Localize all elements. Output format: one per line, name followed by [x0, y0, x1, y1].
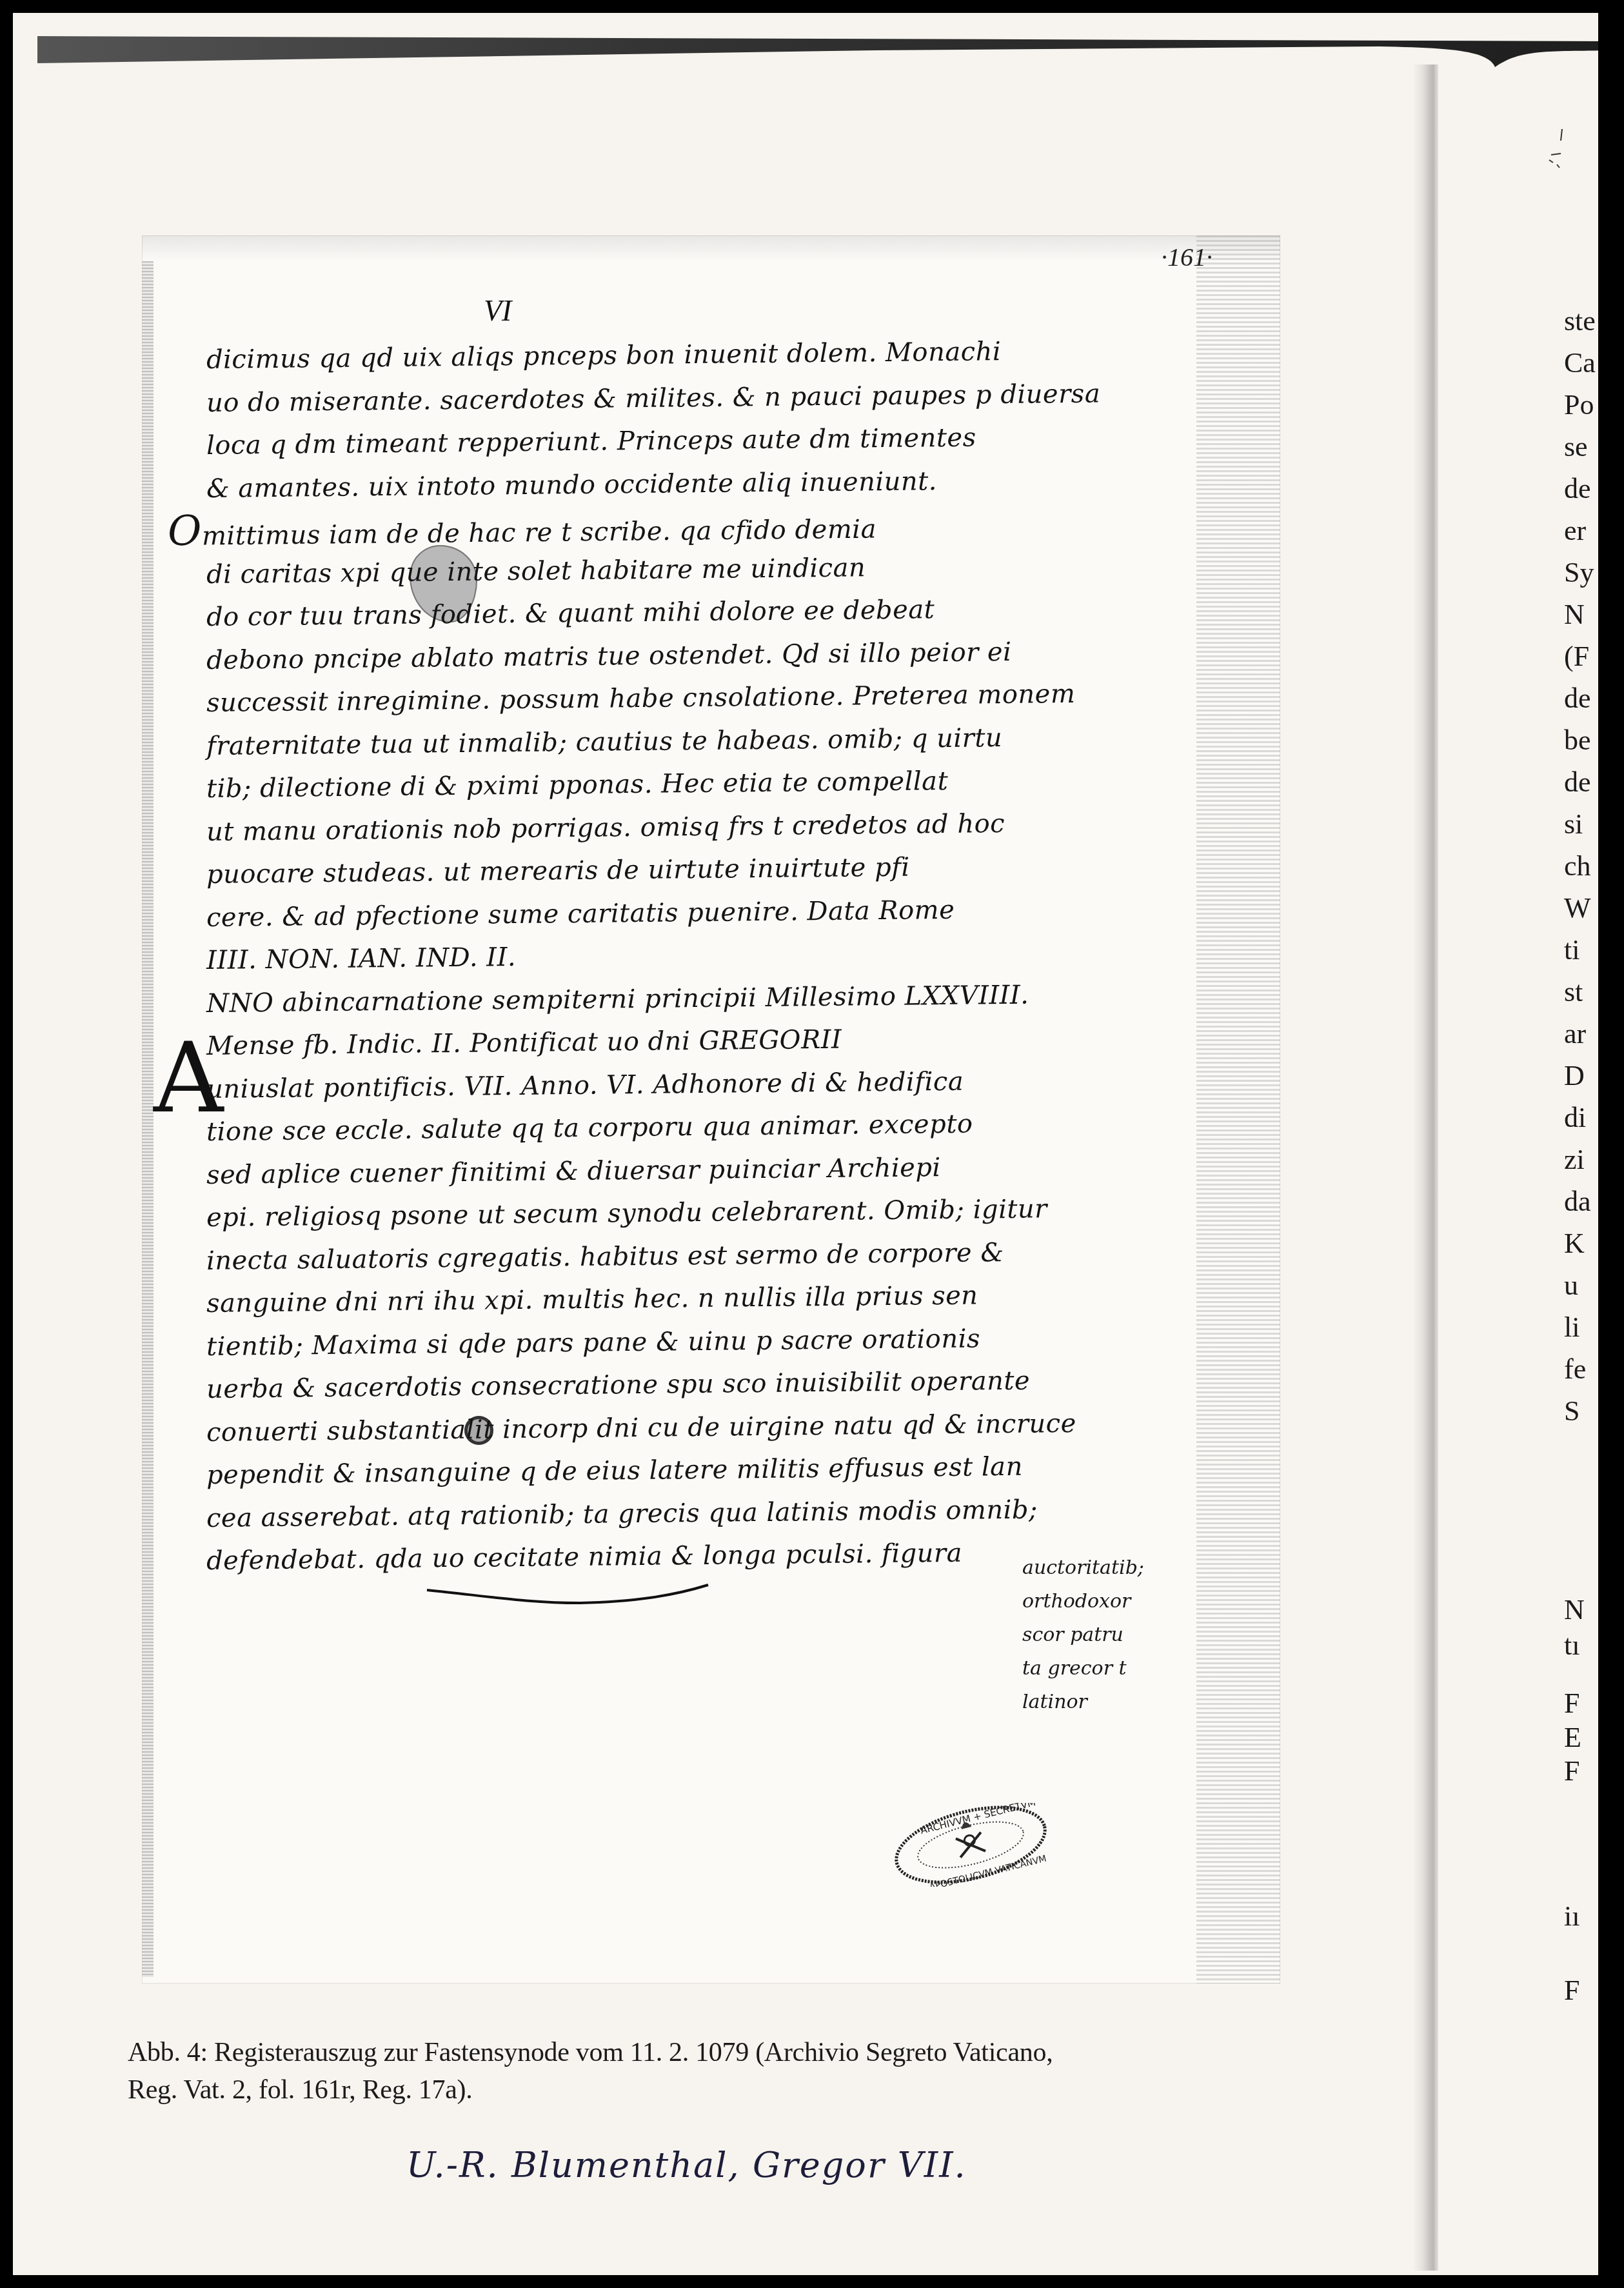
facing-page-fragment: da [1564, 1185, 1603, 1218]
facing-page-fragment: er [1564, 514, 1603, 547]
margin-note-line: auctoritatib; [1022, 1551, 1164, 1585]
plate-top-edge [142, 235, 1280, 261]
margin-note-line: scor patru [1022, 1618, 1164, 1652]
facing-page-fragment: de [1564, 472, 1603, 505]
margin-note-line: orthodoxor [1022, 1585, 1164, 1618]
manuscript-text: dicimus qa qd uix aliqs pnceps bon inuen… [206, 339, 1154, 1583]
facing-page-fragment: Po [1564, 388, 1603, 421]
facing-page-fragment: N [1564, 598, 1603, 631]
underline-stroke [426, 1584, 709, 1609]
svg-text:APOSTOLICVM VATICANVM: APOSTOLICVM VATICANVM [928, 1853, 1047, 1887]
gutter-shadow [1412, 65, 1438, 2271]
scan-border [1598, 0, 1624, 2288]
margin-note-line: latinor [1022, 1686, 1164, 1719]
facing-page-fragment: fe [1564, 1353, 1603, 1386]
facing-page-fragment: Sy [1564, 556, 1603, 589]
facing-page-fragment: Ca [1564, 346, 1603, 379]
margin-note-line: ta grecor t [1022, 1652, 1164, 1686]
scanned-book-page: ·161· VI A dicimus qa qd uix aliqs pncep… [13, 13, 1611, 2275]
facing-page-fragment: se [1564, 430, 1603, 463]
caption-line-2: Reg. Vat. 2, fol. 161r, Reg. 17a). [128, 2071, 1327, 2109]
facing-page-fragment: ch [1564, 850, 1603, 882]
facing-page-fragment: S [1564, 1395, 1603, 1428]
pencil-mark [1548, 129, 1567, 174]
facing-page-fragment: st [1564, 975, 1603, 1008]
handwritten-note: U.-R. Blumenthal, Gregor VII. [406, 2145, 967, 2185]
facing-page-fragment: E [1564, 1721, 1603, 1754]
folio-number: ·161· [1161, 242, 1213, 272]
facing-page-fragment: di [1564, 1101, 1603, 1134]
facing-page-fragment: (F [1564, 640, 1603, 673]
archive-stamp-icon: ARCHIVVM + SECRETVM APOSTOLICVM VATICANV… [887, 1803, 1055, 1887]
facing-page-fragment: W [1564, 891, 1603, 924]
facing-page-fragment: tı [1564, 1629, 1603, 1662]
facing-page-fragment: zi [1564, 1143, 1603, 1176]
manuscript-line: defendebat. qda uo cecitate nimia & long… [206, 1530, 1155, 1583]
plate-left-edge [142, 261, 153, 1977]
facing-page-fragment: si [1564, 808, 1603, 841]
facing-page-fragment: D [1564, 1059, 1603, 1092]
plate-right-edge [1196, 235, 1280, 1984]
facing-page-fragment: F [1564, 1687, 1603, 1720]
facing-page-fragment: ar [1564, 1017, 1603, 1050]
facing-page-fragment: K [1564, 1227, 1603, 1260]
facing-page-fragment: N [1564, 1593, 1603, 1626]
facing-page-fragment: u [1564, 1269, 1603, 1302]
chapter-number: VI [484, 293, 511, 328]
facing-page-fragment: de [1564, 766, 1603, 799]
margin-note: auctoritatib; orthodoxor scor patru ta g… [1022, 1551, 1164, 1719]
manuscript-plate: ·161· VI A dicimus qa qd uix aliqs pncep… [142, 235, 1280, 1984]
facing-page-fragment: ste [1564, 304, 1603, 337]
facing-page-fragment: F [1564, 1755, 1603, 1787]
facing-page-fragment: F [1564, 1974, 1603, 2007]
caption-line-1: Abb. 4: Registerauszug zur Fastensynode … [128, 2034, 1327, 2071]
facing-page-fragment: de [1564, 682, 1603, 715]
facing-page-fragment: iı [1564, 1900, 1603, 1933]
binding-shadow-band [37, 36, 1611, 75]
facing-page-fragment: li [1564, 1311, 1603, 1344]
figure-caption: Abb. 4: Registerauszug zur Fastensynode … [128, 2034, 1327, 2109]
facing-page-fragment: be [1564, 724, 1603, 757]
facing-page-fragment: ti [1564, 933, 1603, 966]
